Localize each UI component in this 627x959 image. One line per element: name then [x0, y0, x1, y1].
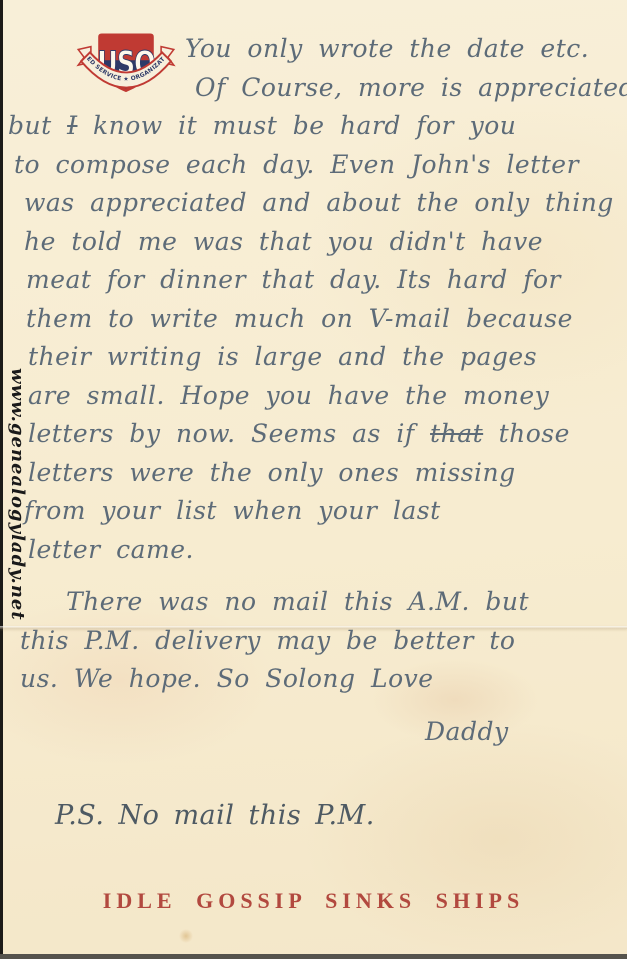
postscript: P.S. No mail this P.M.	[55, 797, 627, 836]
struck-word: that	[430, 419, 483, 448]
watermark: www.genealogylady.net	[7, 368, 28, 621]
letter-line: but I know it must be hard for you	[8, 107, 627, 146]
scan-edge-bottom	[0, 954, 627, 959]
letter-line: There was no mail this A.M. but	[66, 583, 627, 622]
letter-line-text: letters by now. Seems as if	[28, 419, 430, 448]
letter-lines: You only wrote the date etc.Of Course, m…	[0, 30, 627, 699]
letter-line-text: but	[8, 111, 67, 140]
letter-line: this P.M. delivery may be better to	[20, 622, 627, 661]
letter-line-text: know it must be hard for you	[78, 111, 517, 140]
signature: Daddy	[425, 713, 627, 752]
letter-body: You only wrote the date etc.Of Course, m…	[0, 0, 627, 836]
letter-line: was appreciated and about the only thing	[24, 184, 627, 223]
letter-line: them to write much on V-mail because	[26, 300, 627, 339]
footer-slogan: IDLE GOSSIP SINKS SHIPS	[0, 888, 627, 914]
letter-line: Of Course, more is appreciated	[195, 69, 627, 108]
letter-line: their writing is large and the pages	[28, 338, 627, 377]
letter-line: he told me was that you didn't have	[24, 223, 627, 262]
letter-line: to compose each day. Even John's letter	[14, 146, 627, 185]
letter-line-text: those	[483, 419, 570, 448]
letter-line: letter came.	[28, 531, 627, 570]
letter-line: letters were the only ones missing	[28, 454, 627, 493]
letter-page: USO UNITED SERVICE ★ ORGANIZATIONS You o…	[0, 0, 627, 959]
letter-line: from your list when your last	[24, 492, 627, 531]
letter-line: You only wrote the date etc.	[185, 30, 627, 69]
struck-word: I	[67, 111, 77, 140]
letter-line: letters by now. Seems as if that those	[28, 415, 627, 454]
letter-line: meat for dinner that day. Its hard for	[26, 261, 627, 300]
letter-line: are small. Hope you have the money	[28, 377, 627, 416]
letter-line: us. We hope. So Solong Love	[20, 660, 627, 699]
